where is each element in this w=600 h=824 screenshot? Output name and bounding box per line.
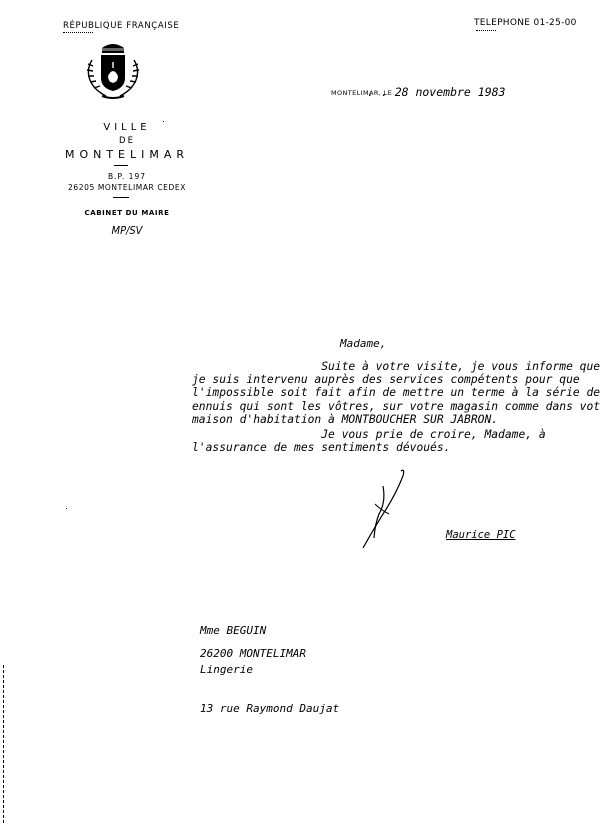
office-name: CABINET DU MAIRE: [60, 209, 194, 217]
postal-address: 26205 MONTELIMAR CEDEX: [60, 183, 194, 192]
body-line: maison d'habitation à MONTBOUCHER SUR JA…: [192, 413, 600, 426]
letter-body: Suite à votre visite, je vous informe qu…: [192, 360, 600, 426]
po-box: B.P. 197: [60, 172, 194, 181]
recipient-name: Mme BEGUIN: [200, 624, 339, 637]
divider: [113, 197, 129, 198]
divider: [114, 165, 128, 166]
dateline-date: . . 28 novembre 1983: [367, 85, 505, 99]
recipient-city: 26200 MONTELIMAR: [200, 647, 306, 660]
city-name: MONTELIMAR: [60, 148, 194, 161]
body-line: je suis intervenu auprès des services co…: [192, 373, 600, 386]
signer-name: Maurice PIC: [446, 529, 516, 541]
reference-code: MP/SV: [60, 224, 194, 237]
scan-speck: [66, 508, 67, 509]
city-label-de: DE: [60, 136, 194, 146]
coat-of-arms-icon: [80, 40, 146, 102]
body-line: Suite à votre visite, je vous informe qu…: [192, 360, 600, 373]
recipient-address: Mme BEGUIN Lingerie 13 rue Raymond Dauja…: [200, 598, 339, 728]
republique-francaise-header: RÉPUBLIQUE FRANÇAISE: [63, 21, 179, 31]
telephone-number: TELEPHONE 01-25-00: [474, 18, 577, 28]
closing-line: l'assurance de mes sentiments dévoués.: [192, 441, 546, 454]
telephone-underline: [476, 30, 496, 32]
recipient-street: 13 rue Raymond Daujat: [200, 702, 339, 715]
city-label-ville: VILLE: [60, 122, 194, 133]
header-underline: [63, 32, 93, 34]
recipient-business: Lingerie: [200, 663, 339, 676]
signature-icon: [355, 466, 445, 552]
body-line: ennuis qui sont les vôtres, sur votre ma…: [192, 400, 600, 413]
body-line: l'impossible soit fait afin de mettre un…: [192, 386, 600, 399]
closing-line: Je vous prie de croire, Madame, à: [192, 428, 546, 441]
salutation: Madame,: [340, 337, 386, 350]
scan-edge-marks: [3, 665, 5, 823]
scan-speck: [163, 121, 164, 122]
letter-closing: Je vous prie de croire, Madame, à l'assu…: [192, 428, 546, 454]
